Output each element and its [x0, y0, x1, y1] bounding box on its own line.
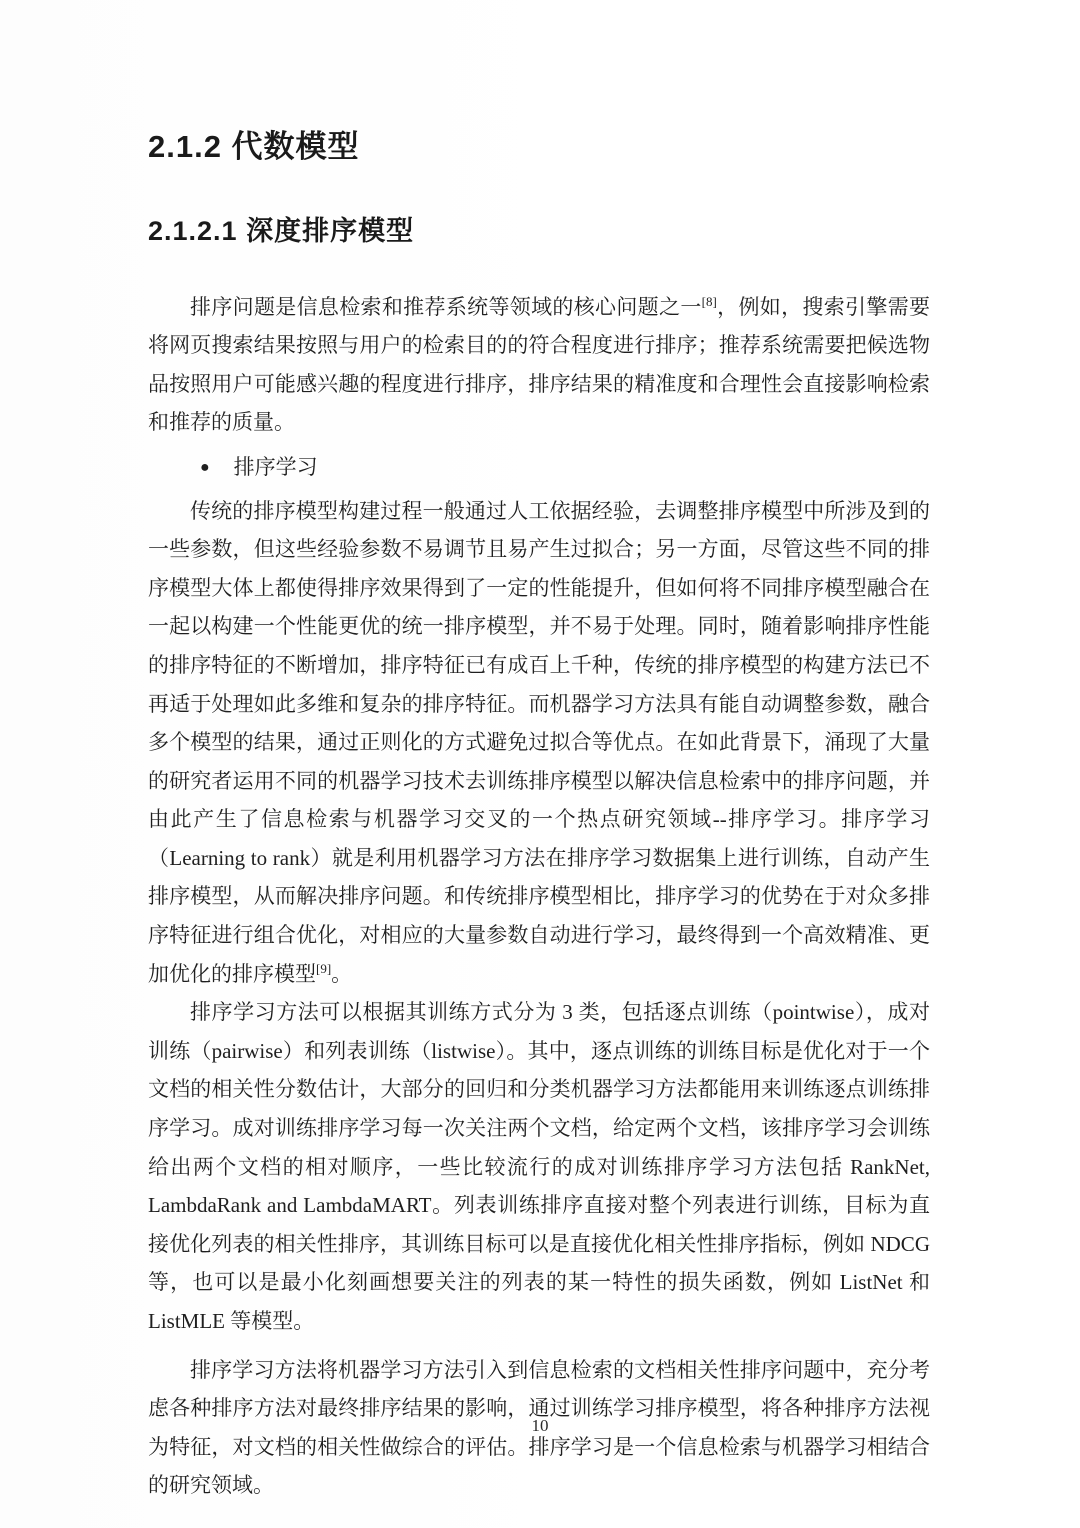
citation-ref-9: [9] — [316, 961, 331, 976]
bullet-label: 排序学习 — [234, 455, 318, 479]
paragraph-training-methods: 排序学习方法可以根据其训练方式分为 3 类，包括逐点训练（pointwise），… — [148, 993, 930, 1340]
citation-ref-8: [8] — [702, 294, 717, 309]
bullet-item: ●排序学习 — [148, 448, 930, 488]
section-heading: 2.1.2 代数模型 — [148, 128, 930, 165]
paragraph-text: 排序问题是信息检索和推荐系统等领域的核心问题之一 — [190, 295, 702, 319]
subsection-heading: 2.1.2.1 深度排序模型 — [148, 215, 930, 247]
paragraph-learning-to-rank: 传统的排序模型构建过程一般通过人工依据经验，去调整排序模型中所涉及到的一些参数，… — [148, 492, 930, 994]
paragraph-text: 。 — [331, 962, 352, 986]
document-page: 2.1.2 代数模型 2.1.2.1 深度排序模型 排序问题是信息检索和推荐系统… — [0, 0, 1080, 1528]
paragraph-text: 传统的排序模型构建过程一般通过人工依据经验，去调整排序模型中所涉及到的一些参数，… — [148, 499, 930, 986]
paragraph-intro: 排序问题是信息检索和推荐系统等领域的核心问题之一[8]，例如，搜索引擎需要将网页… — [148, 288, 930, 442]
bullet-icon: ● — [200, 459, 210, 476]
page-number: 10 — [0, 1416, 1080, 1436]
